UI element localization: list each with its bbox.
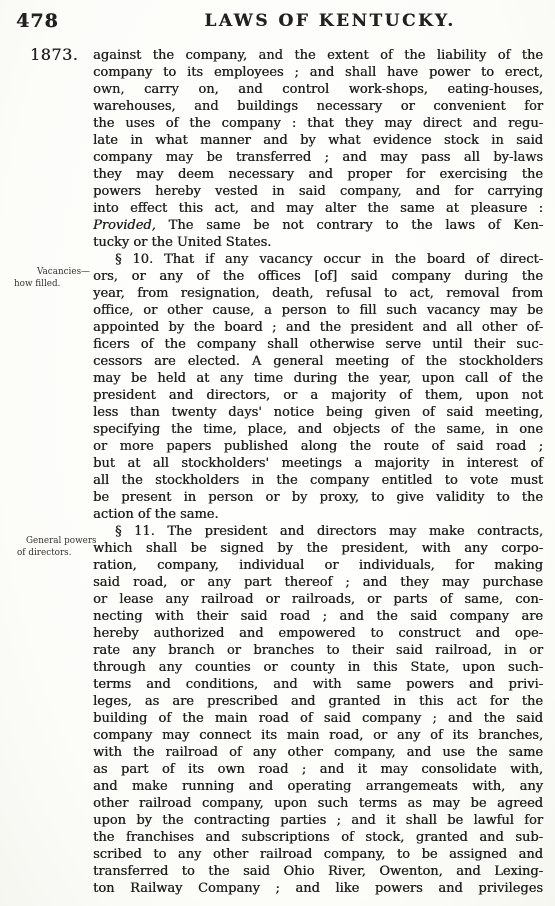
text-line: tucky or the United States. [93, 234, 543, 251]
text-line: may be held at any time during the year,… [93, 370, 543, 387]
paragraph: against the company, and the extent of t… [93, 47, 543, 251]
text-line: they may deem necessary and proper for e… [93, 166, 543, 183]
text-line: less than twenty days' notice being give… [93, 404, 543, 421]
text-line: the franchises and subscriptions of stoc… [93, 829, 543, 846]
text-line: or more papers published along the route… [93, 438, 543, 455]
text-line: necting with their said road ; and the s… [93, 608, 543, 625]
text-line: and make running and operating arrangeme… [93, 778, 543, 795]
text-line: other railroad company, upon such terms … [93, 795, 543, 812]
text-line: terms and conditions, and with same powe… [93, 676, 543, 693]
text-line: Provided, The same be not contrary to th… [93, 217, 543, 234]
text-line: or lease any railroad or railroads, or p… [93, 591, 543, 608]
text-line: company may be transferred ; and may pas… [93, 149, 543, 166]
text-line: ors, or any of the offices [of] said com… [93, 268, 543, 285]
text-line: the uses of the company : that they may … [93, 115, 543, 132]
text-line: but at all stockholders' meetings a majo… [93, 455, 543, 472]
text-line: be present in person or by proxy, to giv… [93, 489, 543, 506]
text-line: upon by the contracting parties ; and it… [93, 812, 543, 829]
text-line: own, carry on, and control work-shops, e… [93, 81, 543, 98]
text-line: ration, company, individual or individua… [93, 557, 543, 574]
text-line: action of the same. [93, 506, 543, 523]
text-line: scribed to any other railroad company, t… [93, 846, 543, 863]
text-line: building of the main road of said compan… [93, 710, 543, 727]
text-line: transferred to the said Ohio River, Owen… [93, 863, 543, 880]
paragraph: § 11. The president and directors may ma… [93, 523, 543, 897]
text-line: rate any branch or branches to their sai… [93, 642, 543, 659]
page-number: 478 [16, 10, 59, 32]
text-line: warehouses, and buildings necessary or c… [93, 98, 543, 115]
text-line: cessors are elected. A general meeting o… [93, 353, 543, 370]
text-line: company to its employees ; and shall hav… [93, 64, 543, 81]
text-line: hereby authorized and empowered to const… [93, 625, 543, 642]
text-line: late in what manner and by what evidence… [93, 132, 543, 149]
scanned-page: 478 LAWS OF KENTUCKY. 1873. Vacancies— h… [0, 0, 555, 906]
text-line: leges, as are prescribed and granted in … [93, 693, 543, 710]
margin-note-line: how filled. [14, 278, 98, 290]
text-line: appointed by the board ; and the preside… [93, 319, 543, 336]
text-line: into effect this act, and may alter the … [93, 200, 543, 217]
text-line: office, or other cause, a person to fill… [93, 302, 543, 319]
text-line: said road, or any part thereof ; and the… [93, 574, 543, 591]
text-line: ton Railway Company ; and like powers an… [93, 880, 543, 897]
text-line: year, from resignation, death, refusal t… [93, 285, 543, 302]
margin-note-line: Vacancies— [14, 266, 98, 278]
body-text: against the company, and the extent of t… [93, 47, 543, 897]
text-line: ficers of the company shall otherwise se… [93, 336, 543, 353]
margin-note-line: of directors. [17, 547, 101, 559]
margin-year-label: 1873. [30, 45, 78, 64]
text-line: through any counties or county in this S… [93, 659, 543, 676]
text-line: against the company, and the extent of t… [93, 47, 543, 64]
margin-note-general-powers: General powers of directors. [17, 535, 101, 559]
text-line: with the railroad of any other company, … [93, 744, 543, 761]
text-line: § 10. That if any vacancy occur in the b… [93, 251, 543, 268]
text-line: specifying the time, place, and objects … [93, 421, 543, 438]
text-line: as part of its own road ; and it may con… [93, 761, 543, 778]
text-line: all the stockholders in the company enti… [93, 472, 543, 489]
text-line: § 11. The president and directors may ma… [93, 523, 543, 540]
paragraph: § 10. That if any vacancy occur in the b… [93, 251, 543, 523]
text-line: powers hereby vested in said company, an… [93, 183, 543, 200]
margin-note-vacancies: Vacancies— how filled. [14, 266, 98, 290]
running-header: LAWS OF KENTUCKY. [105, 11, 555, 31]
text-line: which shall be signed by the president, … [93, 540, 543, 557]
margin-note-line: General powers [17, 535, 101, 547]
text-line: president and directors, or a majority o… [93, 387, 543, 404]
text-line: company may connect its main road, or an… [93, 727, 543, 744]
